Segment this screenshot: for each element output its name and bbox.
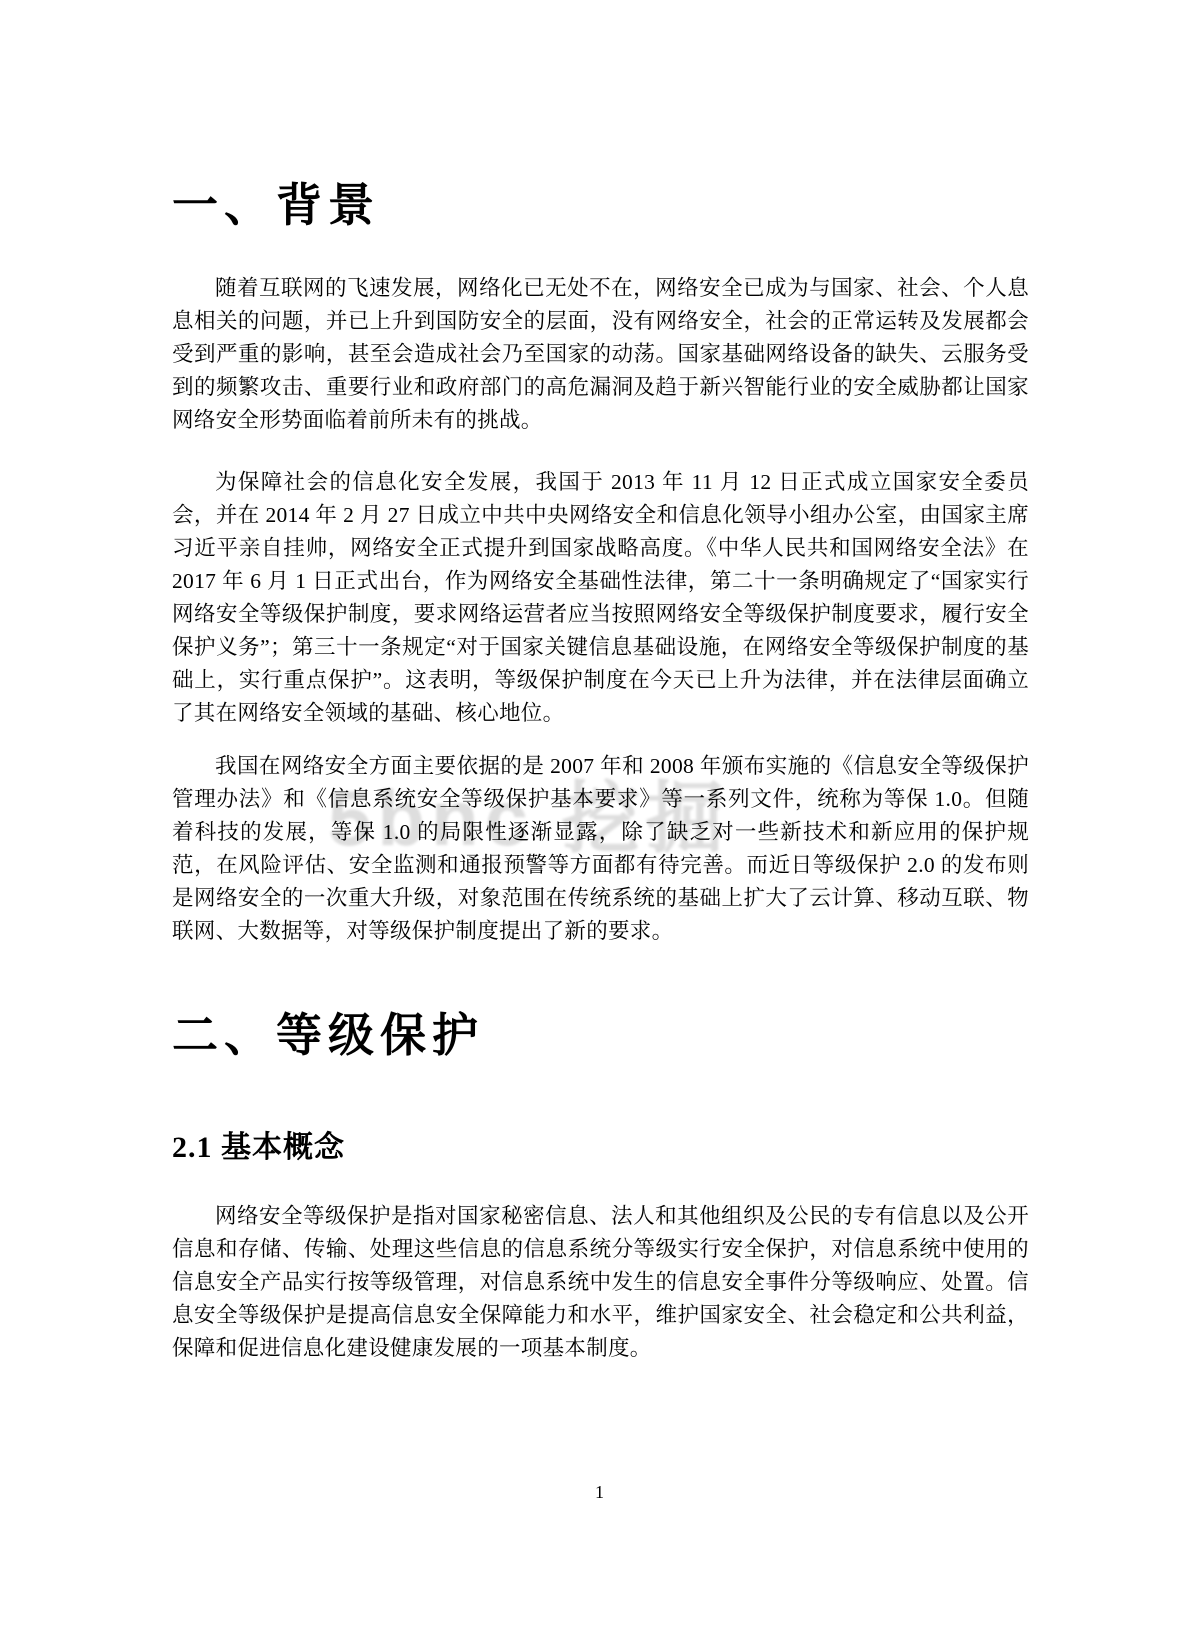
heading-background: 一、背景 (172, 178, 380, 233)
paragraph-background-1: 随着互联网的飞速发展，网络化已无处不在，网络安全已成为与国家、社会、个人息息相关… (172, 272, 1029, 437)
document-page: 5bnc 挖掘 一、背景 随着互联网的飞速发展，网络化已无处不在，网络安全已成为… (0, 0, 1199, 1627)
paragraph-basic-concepts: 网络安全等级保护是指对国家秘密信息、法人和其他组织及公民的专有信息以及公开信息和… (172, 1200, 1029, 1365)
paragraph-background-3: 我国在网络安全方面主要依据的是 2007 年和 2008 年颁布实施的《信息安全… (172, 750, 1029, 948)
heading-level-protection: 二、等级保护 (172, 1008, 484, 1063)
paragraph-background-2: 为保障社会的信息化安全发展，我国于 2013 年 11 月 12 日正式成立国家… (172, 466, 1029, 730)
page-number: 1 (0, 1482, 1199, 1503)
subheading-basic-concepts: 2.1 基本概念 (172, 1122, 345, 1166)
